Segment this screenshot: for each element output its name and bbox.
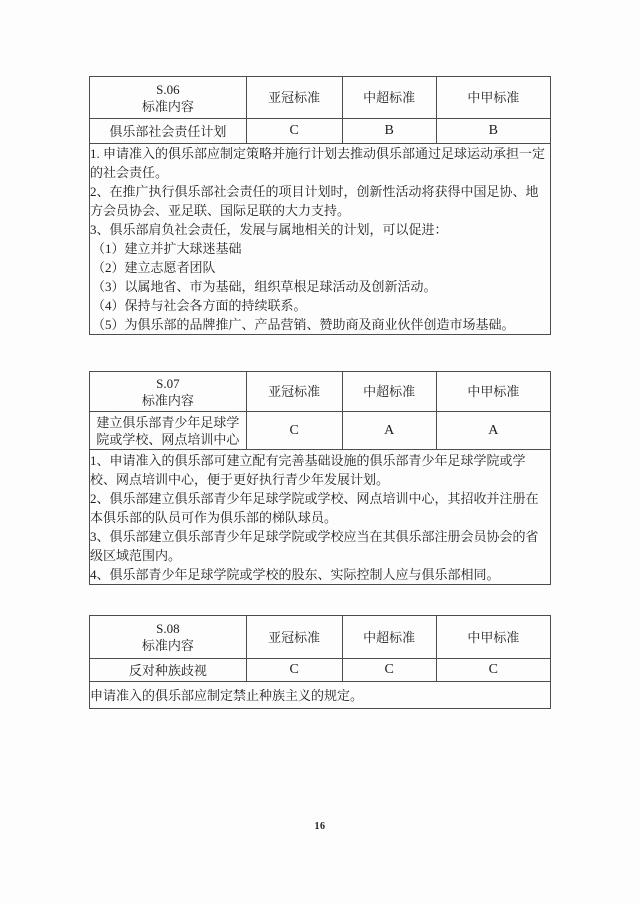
note-line: 3、俱乐部肩负社会责任，发展与属地相关的计划，可以促进：	[90, 220, 550, 239]
standard-code: S.07	[90, 375, 246, 392]
column-header-csl: 中超标准	[342, 77, 436, 119]
grade-csl: B	[342, 119, 436, 144]
standard-table-s07: S.07 标准内容 亚冠标准 中超标准 中甲标准 建立俱乐部青少年足球学院或学校…	[89, 371, 551, 585]
column-header-acl: 亚冠标准	[246, 616, 342, 659]
column-header-acl: 亚冠标准	[246, 77, 342, 119]
column-header-league1: 中甲标准	[436, 77, 550, 119]
note-line: 2、俱乐部建立俱乐部青少年足球学院或学校、网点培训中心，其招收并注册在本俱乐部的…	[90, 489, 550, 527]
note-line: （5）为俱乐部的品牌推广、产品营销、赞助商及商业伙伴创造市场基础。	[90, 315, 550, 334]
grade-csl: A	[342, 412, 436, 450]
standard-notes: 1. 申请准入的俱乐部应制定策略并施行计划去推动俱乐部通过足球运动承担一定的社会…	[90, 144, 551, 335]
grade-acl: C	[246, 659, 342, 682]
column-header-csl: 中超标准	[342, 616, 436, 659]
table-notes-row: 1、申请准入的俱乐部可建立配有完善基础设施的俱乐部青少年足球学院或学校、网点培训…	[90, 450, 551, 585]
note-line: （1）建立并扩大球迷基础	[90, 239, 550, 258]
table-grade-row: 俱乐部社会责任计划 C B B	[90, 119, 551, 144]
grade-league1: C	[436, 659, 550, 682]
table-header-row: S.08 标准内容 亚冠标准 中超标准 中甲标准	[90, 616, 551, 659]
table-grade-row: 反对种族歧视 C C C	[90, 659, 551, 682]
standard-content-label: 标准内容	[90, 637, 246, 654]
standard-item-label: 反对种族歧视	[90, 659, 247, 682]
standard-item-label: 建立俱乐部青少年足球学院或学校、网点培训中心	[90, 412, 247, 450]
standard-notes: 1、申请准入的俱乐部可建立配有完善基础设施的俱乐部青少年足球学院或学校、网点培训…	[90, 450, 551, 585]
note-line: 1. 申请准入的俱乐部应制定策略并施行计划去推动俱乐部通过足球运动承担一定的社会…	[90, 144, 550, 182]
grade-csl: C	[342, 659, 436, 682]
standard-notes: 申请准入的俱乐部应制定禁止种族主义的规定。	[90, 682, 551, 709]
standard-code-cell: S.06 标准内容	[90, 77, 247, 119]
note-line: 申请准入的俱乐部应制定禁止种族主义的规定。	[90, 686, 550, 705]
note-line: 3、俱乐部建立俱乐部青少年足球学院或学校应当在其俱乐部注册会员协会的省级区域范围…	[90, 527, 550, 565]
standard-content-label: 标准内容	[90, 98, 246, 115]
grade-league1: A	[436, 412, 550, 450]
document-page: S.06 标准内容 亚冠标准 中超标准 中甲标准 俱乐部社会责任计划 C B B…	[0, 0, 640, 905]
column-header-csl: 中超标准	[342, 372, 436, 412]
standard-content-label: 标准内容	[90, 392, 246, 409]
column-header-acl: 亚冠标准	[246, 372, 342, 412]
table-header-row: S.06 标准内容 亚冠标准 中超标准 中甲标准	[90, 77, 551, 119]
standard-item-label: 俱乐部社会责任计划	[90, 119, 247, 144]
table-notes-row: 申请准入的俱乐部应制定禁止种族主义的规定。	[90, 682, 551, 709]
standard-table-s08: S.08 标准内容 亚冠标准 中超标准 中甲标准 反对种族歧视 C C C 申请…	[89, 615, 551, 709]
standard-code-cell: S.08 标准内容	[90, 616, 247, 659]
page-number: 16	[0, 821, 640, 832]
note-line: （3）以属地省、市为基础，组织草根足球活动及创新活动。	[90, 277, 550, 296]
column-header-league1: 中甲标准	[436, 616, 550, 659]
standard-code: S.06	[90, 81, 246, 98]
table-grade-row: 建立俱乐部青少年足球学院或学校、网点培训中心 C A A	[90, 412, 551, 450]
grade-acl: C	[246, 412, 342, 450]
column-header-league1: 中甲标准	[436, 372, 550, 412]
standard-code: S.08	[90, 620, 246, 637]
note-line: （4）保持与社会各方面的持续联系。	[90, 296, 550, 315]
grade-acl: C	[246, 119, 342, 144]
standard-table-s06: S.06 标准内容 亚冠标准 中超标准 中甲标准 俱乐部社会责任计划 C B B…	[89, 76, 551, 335]
grade-league1: B	[436, 119, 550, 144]
standard-code-cell: S.07 标准内容	[90, 372, 247, 412]
note-line: 1、申请准入的俱乐部可建立配有完善基础设施的俱乐部青少年足球学院或学校、网点培训…	[90, 451, 550, 489]
note-line: 4、俱乐部青少年足球学院或学校的股东、实际控制人应与俱乐部相同。	[90, 565, 550, 584]
table-header-row: S.07 标准内容 亚冠标准 中超标准 中甲标准	[90, 372, 551, 412]
note-line: （2）建立志愿者团队	[90, 258, 550, 277]
table-notes-row: 1. 申请准入的俱乐部应制定策略并施行计划去推动俱乐部通过足球运动承担一定的社会…	[90, 144, 551, 335]
note-line: 2、在推广执行俱乐部社会责任的项目计划时，创新性活动将获得中国足协、地方会员协会…	[90, 182, 550, 220]
